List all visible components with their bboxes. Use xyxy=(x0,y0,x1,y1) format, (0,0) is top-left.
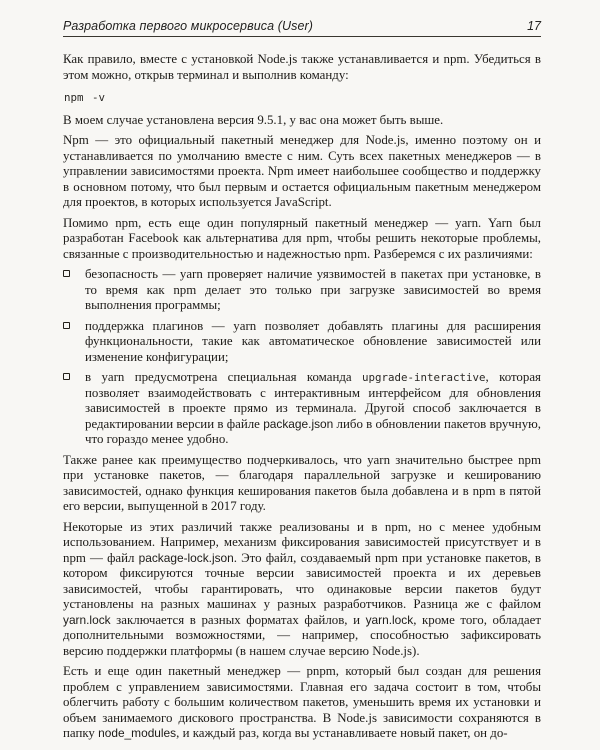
square-bullet-shape xyxy=(63,270,70,277)
text-run: Также ранее как преимущество подчеркивал… xyxy=(63,453,541,514)
paragraph: Некоторые из этих различий также реализо… xyxy=(63,520,541,660)
bullet-text: поддержка плагинов — yarn позволяет доба… xyxy=(85,319,541,366)
square-bullet-shape xyxy=(63,373,70,380)
page-number: 17 xyxy=(527,19,541,33)
bullet-item: безопасность — yarn проверяет наличие уя… xyxy=(63,267,541,314)
inline-filename: node_modules xyxy=(98,726,176,740)
inline-filename: yarn.lock xyxy=(63,613,111,627)
square-bullet-icon xyxy=(63,319,85,366)
text-run: В моем случае установлена версия 9.5.1, … xyxy=(63,113,443,127)
square-bullet-icon xyxy=(63,267,85,314)
text-run: заключается в разных форматах файлов, и xyxy=(111,613,366,627)
text-run: поддержка плагинов — yarn позволяет доба… xyxy=(85,319,541,364)
square-bullet-shape xyxy=(63,322,70,329)
paragraph: Npm — это официальный пакетный менеджер … xyxy=(63,133,541,211)
inline-filename: yarn.lock xyxy=(366,613,414,627)
bullet-item: поддержка плагинов — yarn позволяет доба… xyxy=(63,319,541,366)
text-run: npm -v xyxy=(64,91,105,104)
bullet-text: безопасность — yarn проверяет наличие уя… xyxy=(85,267,541,314)
text-run: в yarn предусмотрена специальная команда xyxy=(85,370,362,384)
text-run: Помимо npm, есть еще один популярный пак… xyxy=(63,216,541,261)
text-run: Как правило, вместе с установкой Node.js… xyxy=(63,52,541,82)
bullet-text: в yarn предусмотрена специальная команда… xyxy=(85,370,541,448)
code-line: npm -v xyxy=(64,90,541,106)
square-bullet-icon xyxy=(63,370,85,448)
chapter-title: Разработка первого микросервиса (User) xyxy=(63,19,313,33)
inline-filename: package-lock.json xyxy=(139,551,234,565)
page-body: Как правило, вместе с установкой Node.js… xyxy=(63,52,541,742)
book-page: Разработка первого микросервиса (User) 1… xyxy=(0,0,600,750)
inline-filename: package.json xyxy=(263,417,333,431)
paragraph: Помимо npm, есть еще один популярный пак… xyxy=(63,216,541,263)
text-run: безопасность — yarn проверяет наличие уя… xyxy=(85,267,541,312)
running-header: Разработка первого микросервиса (User) 1… xyxy=(63,19,541,37)
paragraph: Также ранее как преимущество подчеркивал… xyxy=(63,453,541,515)
text-run: , и каждый раз, когда вы устанавливаете … xyxy=(176,726,507,740)
bullet-item: в yarn предусмотрена специальная команда… xyxy=(63,370,541,448)
paragraph: Есть и еще один пакетный менеджер — pnpm… xyxy=(63,664,541,742)
paragraph: В моем случае установлена версия 9.5.1, … xyxy=(63,113,541,129)
inline-code: upgrade-interactive xyxy=(362,371,486,384)
paragraph: Как правило, вместе с установкой Node.js… xyxy=(63,52,541,83)
text-run: Npm — это официальный пакетный менеджер … xyxy=(63,133,541,209)
